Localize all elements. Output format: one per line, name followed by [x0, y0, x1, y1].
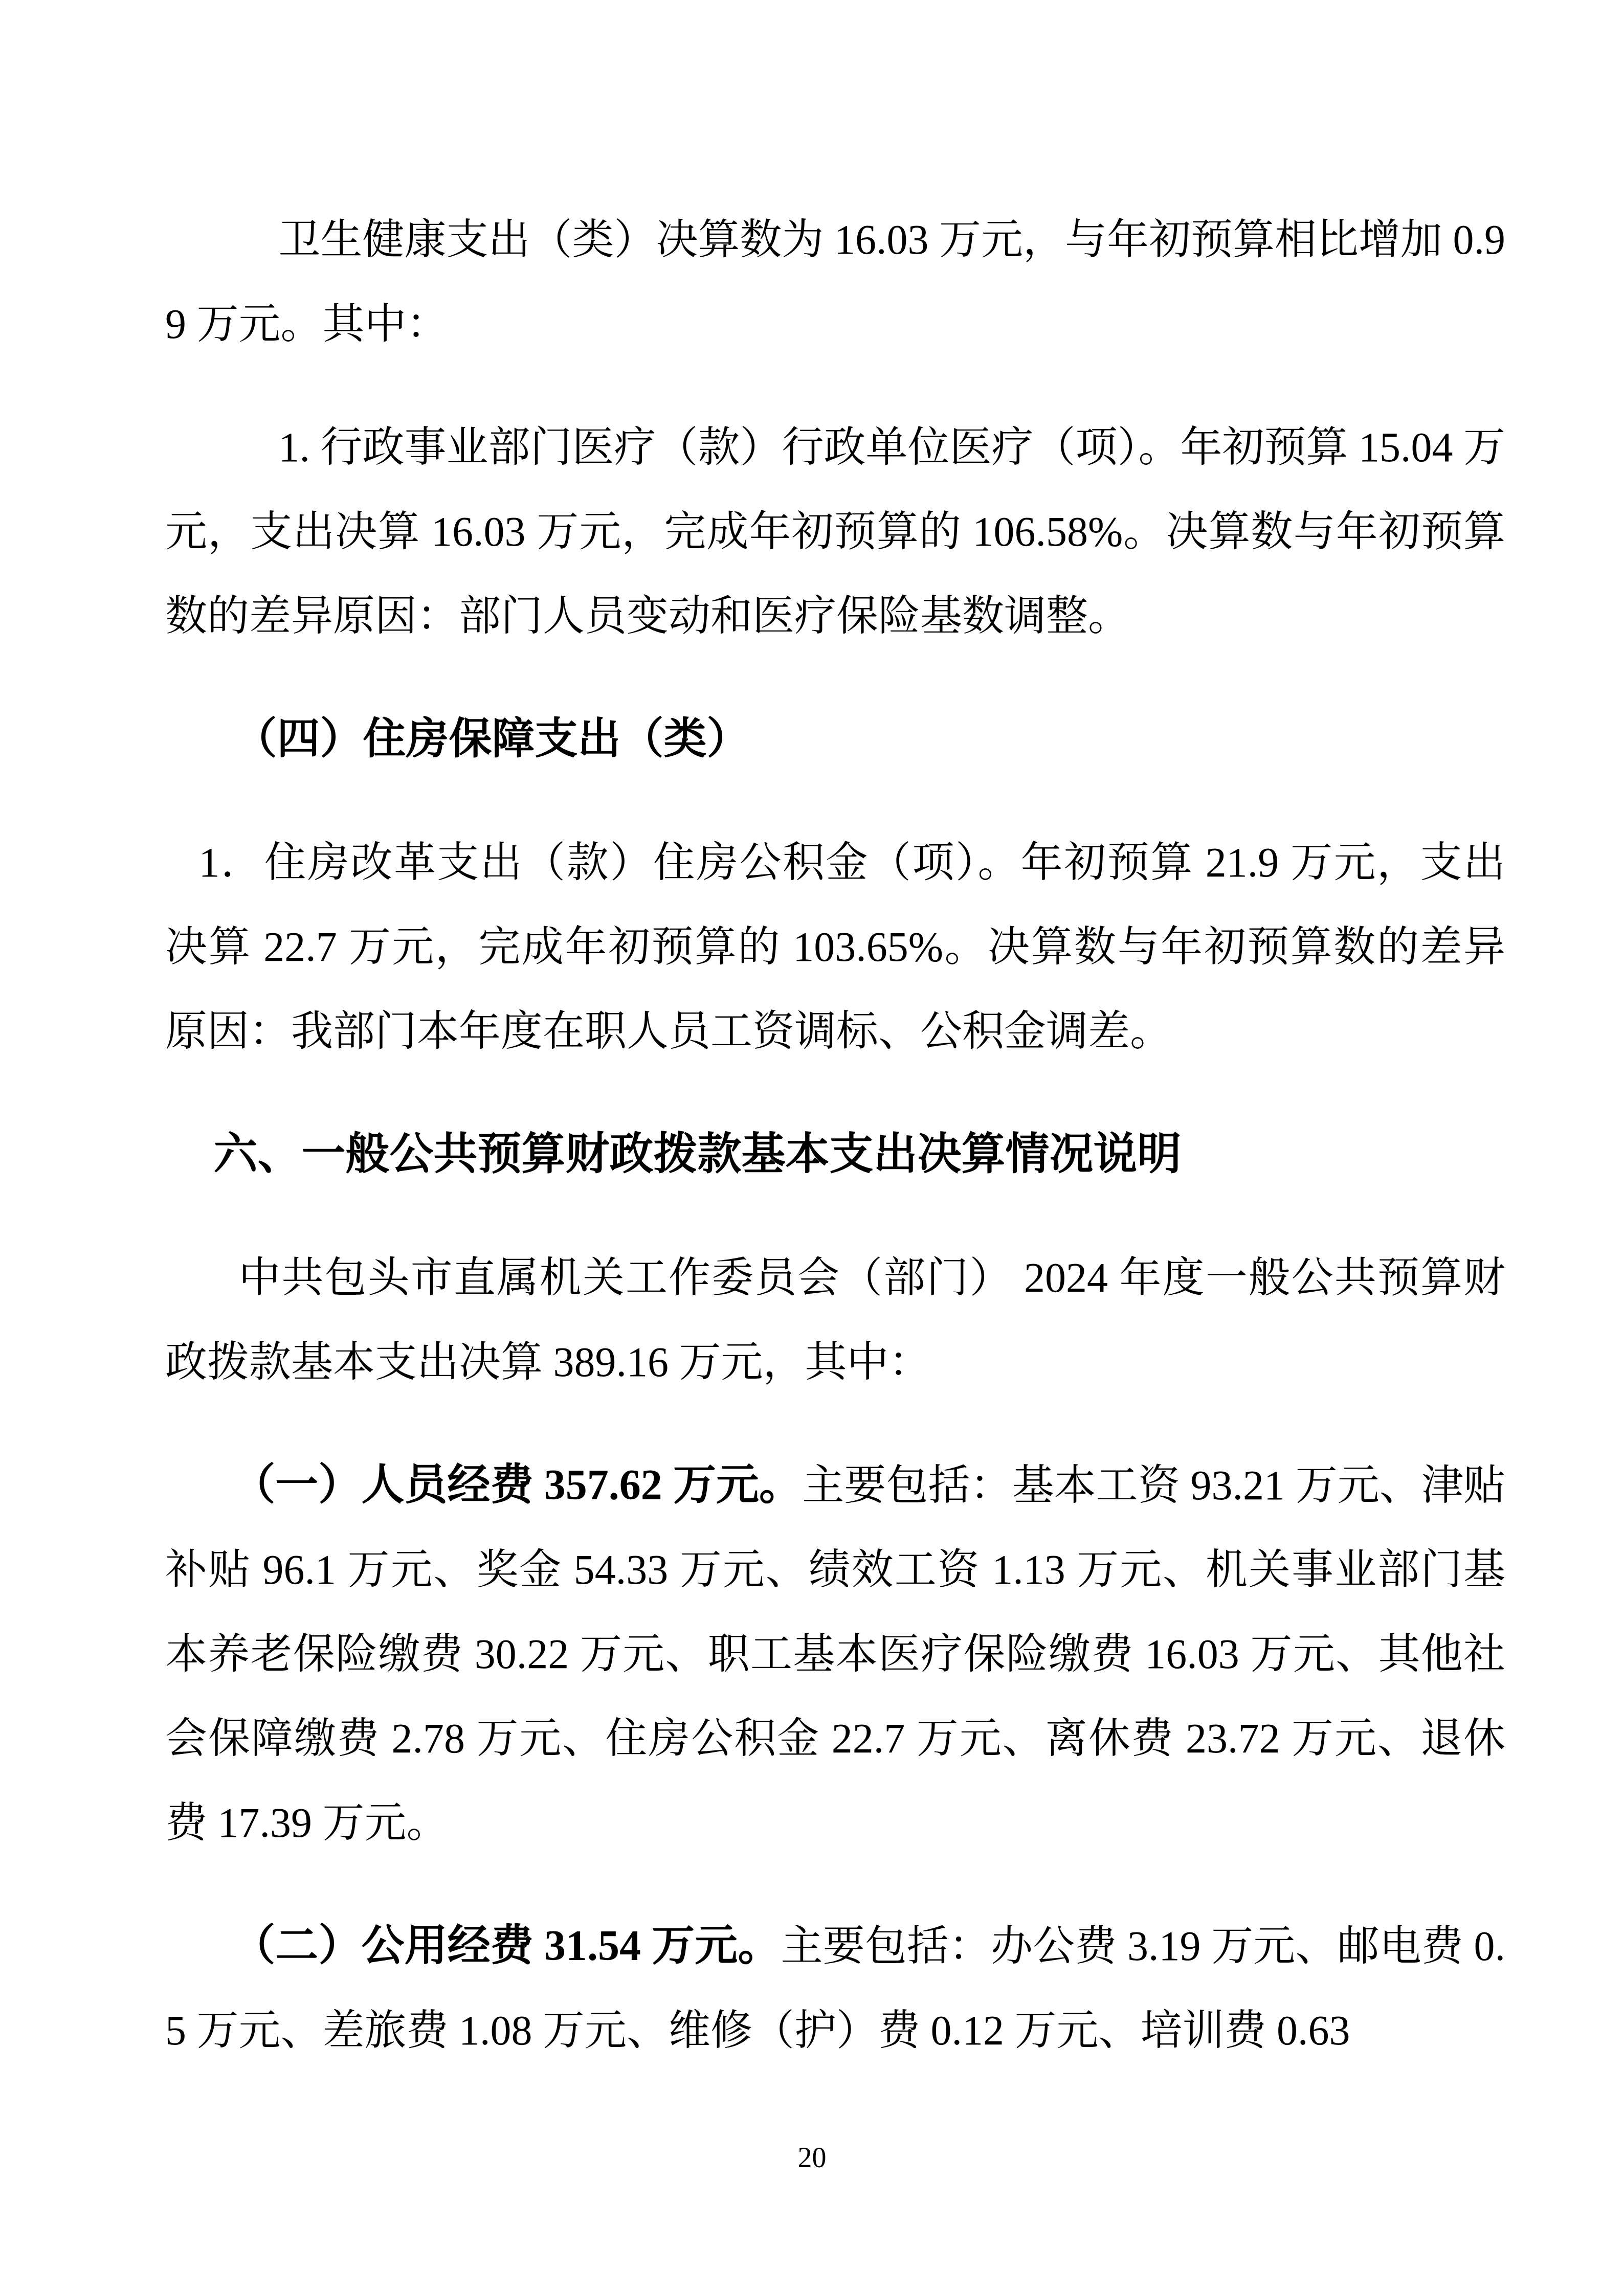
paragraph-health-expenditure-summary: 卫生健康支出（类）决算数为 16.03 万元，与年初预算相比增加 0.99 万元… — [165, 197, 1505, 366]
personnel-expenses-lead: （一）人员经费 357.62 万元。 — [232, 1461, 802, 1509]
paragraph-public-expenses: （二）公用经费 31.54 万元。主要包括：办公费 3.19 万元、邮电费 0.… — [165, 1904, 1505, 2073]
paragraph-personnel-expenses: （一）人员经费 357.62 万元。主要包括：基本工资 93.21 万元、津贴补… — [165, 1443, 1505, 1865]
paragraph-admin-medical-detail: 1. 行政事业部门医疗（款）行政单位医疗（项）。年初预算 15.04 万元，支出… — [165, 405, 1505, 658]
paragraph-basic-expenditure-total: 中共包头市直属机关工作委员会（部门） 2024 年度一般公共预算财政拨款基本支出… — [165, 1235, 1505, 1404]
document-content: 卫生健康支出（类）决算数为 16.03 万元，与年初预算相比增加 0.99 万元… — [165, 197, 1505, 2111]
heading-section-six-basic-expenditure: 六、一般公共预算财政拨款基本支出决算情况说明 — [165, 1112, 1505, 1197]
heading-housing-security-expenditure: （四）住房保障支出（类） — [165, 697, 1505, 781]
personnel-expenses-detail: 主要包括：基本工资 93.21 万元、津贴补贴 96.1 万元、奖金 54.33… — [165, 1462, 1505, 1846]
paragraph-housing-reform-detail: 1．住房改革支出（款）住房公积金（项）。年初预算 21.9 万元，支出决算 22… — [165, 820, 1505, 1073]
public-expenses-lead: （二）公用经费 31.54 万元。 — [232, 1922, 781, 1970]
page-number: 20 — [0, 2140, 1624, 2176]
document-page: 卫生健康支出（类）决算数为 16.03 万元，与年初预算相比增加 0.99 万元… — [0, 0, 1624, 2296]
